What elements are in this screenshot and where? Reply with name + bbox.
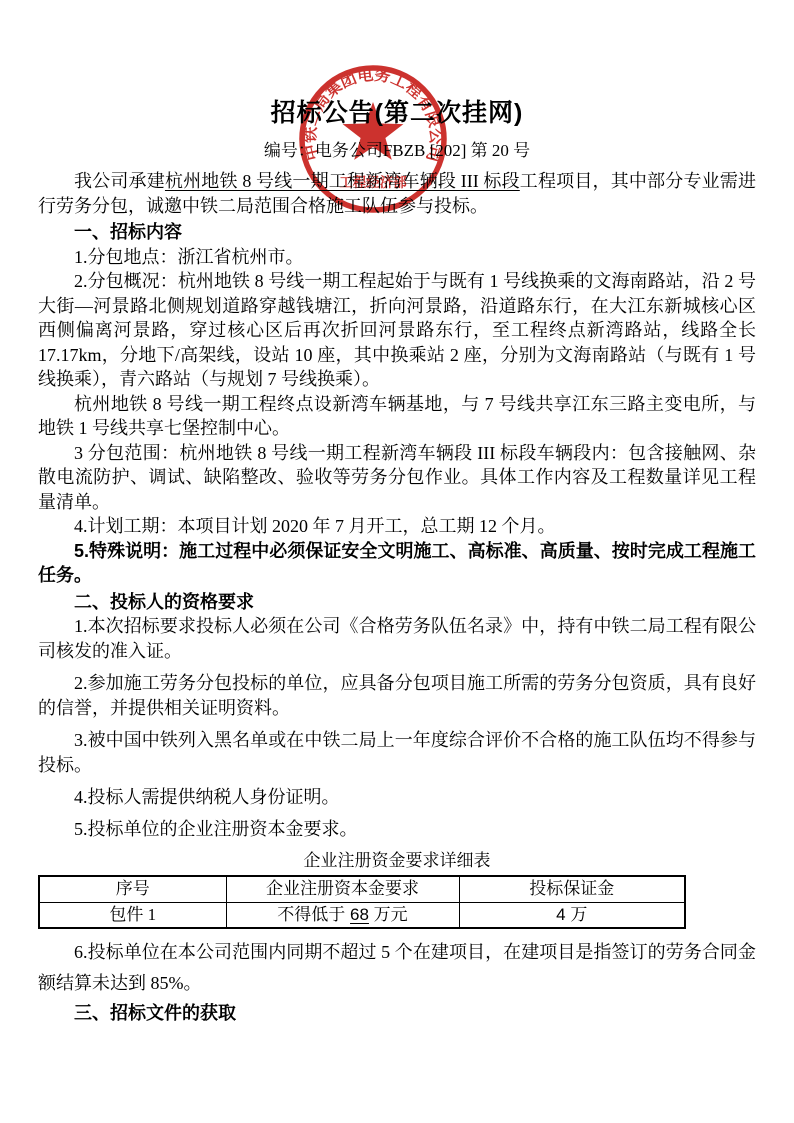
capital-post-text: 万元 [369,905,408,924]
paragraph-subcontract-scope: 3 分包范围：杭州地铁 8 号线一期工程新湾车辆段 III 标段车辆段内：包含接… [38,441,756,515]
section3-heading: 三、招标文件的获取 [38,1001,756,1026]
paragraph-subcontract-location: 1.分包地点：浙江省杭州市。 [38,245,756,270]
table-cell-package: 包件 1 [39,902,226,928]
capital-amount-underlined: 68 [350,905,369,924]
paragraph-qualification-3: 3.被中国中铁列入黑名单或在中铁二局上一年度综合评价不合格的施工队伍均不得参与投… [38,728,756,778]
capital-pre-text: 不得低于 [277,905,350,924]
paragraph-planned-schedule: 4.计划工期：本项目计划 2020 年 7 月开工，总工期 12 个月。 [38,514,756,539]
paragraph-qualification-1: 1.本次招标要求投标人必须在公司《合格劳务队伍名录》中，持有中铁二局工程有限公司… [38,614,756,664]
table-header-bid-deposit: 投标保证金 [459,876,685,902]
document-page: 中铁二局集团电务工程有限公司 工程经济部 招标公告(第二次挂网) 编号：电务公司… [0,0,794,1123]
table-cell-deposit: 4 万 [459,902,685,928]
paragraph-special-note: 5.特殊说明：施工过程中必须保证安全文明施工、高标准、高质量、按时完成工程施工任… [38,539,756,588]
paragraph-concurrent-projects: 6.投标单位在本公司范围内同期不超过 5 个在建项目，在建项目是指签订的劳务合同… [38,937,756,999]
table-header-serial: 序号 [39,876,226,902]
paragraph-line-terminal: 杭州地铁 8 号线一期工程终点设新湾车辆基地，与 7 号线共享江东三路主变电所，… [38,392,756,441]
intro-underlined-project-name: 杭州地铁 8 号线一期工程新湾车辆段 III 标段 [165,171,520,191]
section1-heading: 一、招标内容 [38,220,756,245]
table-cell-capital-requirement: 不得低于 68 万元 [226,902,459,928]
paragraph-qualification-2: 2.参加施工劳务分包投标的单位，应具备分包项目施工所需的劳务分包资质，具有良好的… [38,671,756,721]
table-header-row: 序号 企业注册资本金要求 投标保证金 [39,876,685,902]
document-number: 编号：电务公司FBZB [202] 第 20 号 [38,139,756,162]
table-header-capital-requirement: 企业注册资本金要求 [226,876,459,902]
paragraph-qualification-4: 4.投标人需提供纳税人身份证明。 [38,785,756,810]
section2-body: 1.本次招标要求投标人必须在公司《合格劳务队伍名录》中，持有中铁二局工程有限公司… [38,614,756,842]
section1-body: 1.分包地点：浙江省杭州市。 2.分包概况：杭州地铁 8 号线一期工程起始于与既… [38,245,756,588]
paragraph-subcontract-overview: 2.分包概况：杭州地铁 8 号线一期工程起始于与既有 1 号线换乘的文海南路站，… [38,269,756,392]
table-caption: 企业注册资金要求详细表 [38,849,756,873]
document-title: 招标公告(第二次挂网) [38,97,756,129]
paragraph-qualification-5: 5.投标单位的企业注册资本金要求。 [38,817,756,842]
intro-paragraph: 我公司承建杭州地铁 8 号线一期工程新湾车辆段 III 标段工程项目，其中部分专… [38,169,756,218]
section2-heading: 二、投标人的资格要求 [38,590,756,615]
registered-capital-table: 序号 企业注册资本金要求 投标保证金 包件 1 不得低于 68 万元 4 万 [38,875,686,929]
table-row: 包件 1 不得低于 68 万元 4 万 [39,902,685,928]
intro-pre-text: 我公司承建 [74,171,165,191]
